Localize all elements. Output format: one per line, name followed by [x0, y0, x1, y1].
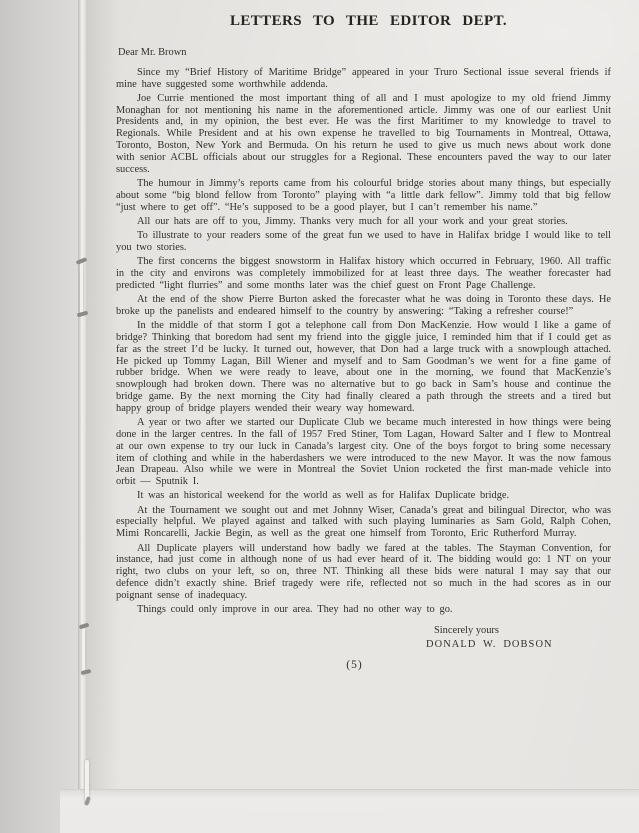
letter-paragraph: All our hats are off to you, Jimmy. Than… [116, 216, 611, 228]
closing-block: Sincerely yours DONALD W. DOBSON [434, 625, 611, 651]
letter-paragraph: To illustrate to your readers some of th… [116, 230, 611, 254]
page-number: (5) [116, 660, 593, 672]
letter-content: LETTERS TO THE EDITOR DEPT. Dear Mr. Bro… [116, 6, 611, 672]
valediction: Sincerely yours [434, 625, 611, 637]
stitch-slot [80, 263, 83, 315]
paper-page: LETTERS TO THE EDITOR DEPT. Dear Mr. Bro… [86, 0, 639, 833]
letter-paragraph: Since my “Brief History of Maritime Brid… [116, 67, 611, 91]
signature: DONALD W. DOBSON [426, 639, 611, 651]
letter-paragraph: It was an historical weekend for the wor… [116, 490, 611, 502]
letter-paragraph: All Duplicate players will understand ho… [116, 543, 611, 602]
letter-paragraph: Joe Currie mentioned the most important … [116, 93, 611, 176]
letter-body: Since my “Brief History of Maritime Brid… [116, 67, 611, 616]
letter-paragraph: At the Tournament we sought out and met … [116, 505, 611, 540]
letter-title: LETTERS TO THE EDITOR DEPT. [126, 12, 611, 31]
page-bottom-edge [60, 789, 639, 833]
letter-paragraph: Things could only improve in our area. T… [116, 604, 611, 616]
page-gutter [0, 0, 80, 833]
letter-paragraph: The humour in Jimmy’s reports came from … [116, 178, 611, 213]
scanned-letter-page: LETTERS TO THE EDITOR DEPT. Dear Mr. Bro… [0, 0, 639, 833]
salutation: Dear Mr. Brown [118, 47, 611, 59]
letter-paragraph: In the middle of that storm I got a tele… [116, 320, 611, 414]
letter-paragraph: A year or two after we started our Dupli… [116, 417, 611, 488]
letter-paragraph: The first concerns the biggest snowstorm… [116, 256, 611, 291]
spine-shadow [86, 0, 120, 833]
letter-paragraph: At the end of the show Pierre Burton ask… [116, 294, 611, 318]
stitch-slot [82, 628, 85, 675]
